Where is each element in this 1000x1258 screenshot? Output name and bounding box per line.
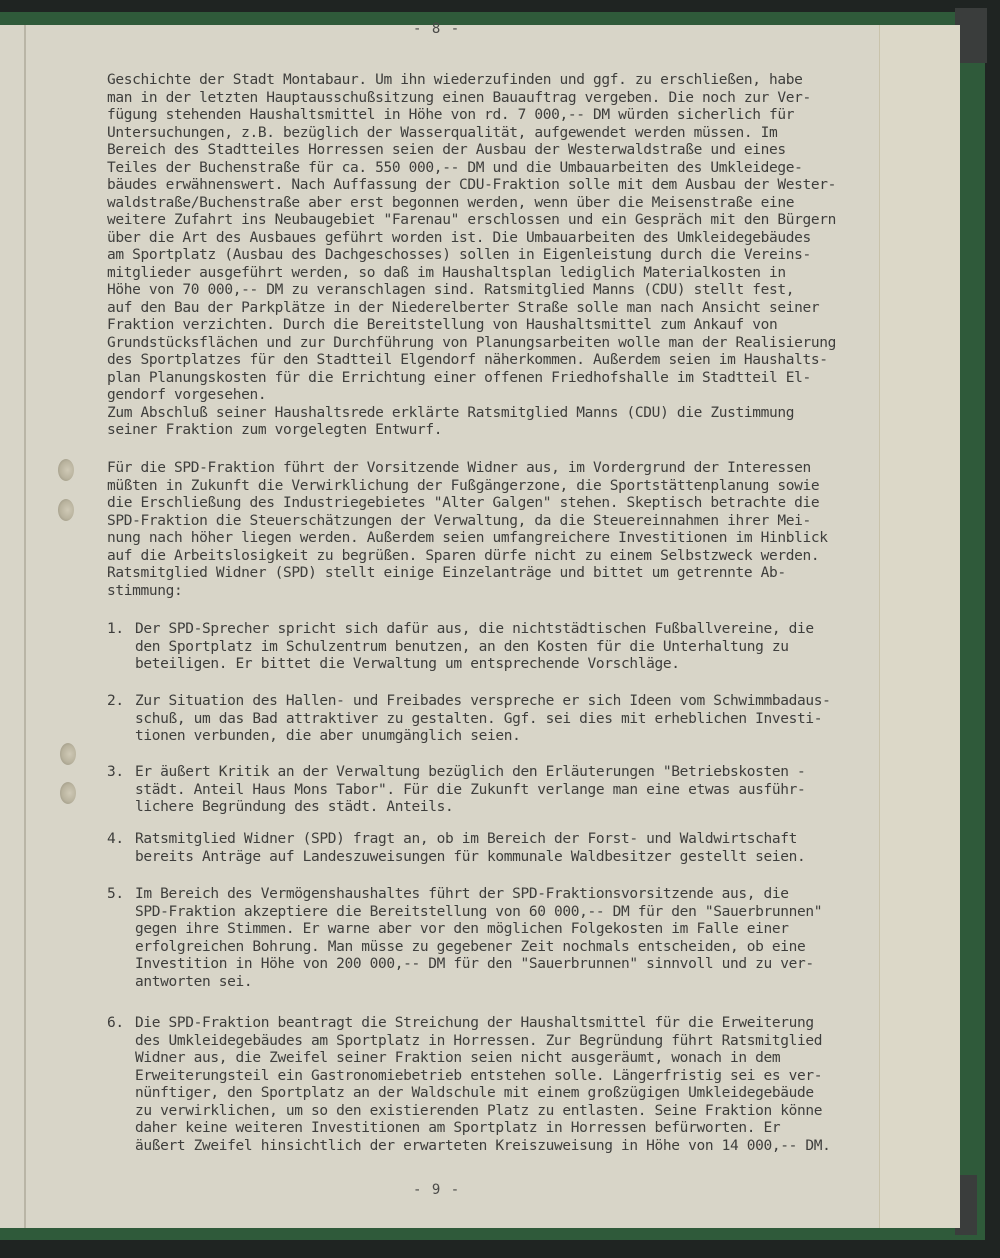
paragraph-spd-speech: Für die SPD-Fraktion führt der Vorsitzen… (107, 460, 877, 600)
list-item-number: 5. (107, 886, 124, 904)
punch-hole-icon (60, 743, 76, 765)
list-item-number: 1. (107, 621, 124, 639)
page-fold-line (24, 25, 26, 1228)
paragraph-cdu-speech: Geschichte der Stadt Montabaur. Um ihn w… (107, 72, 877, 440)
list-item-text: Im Bereich des Vermögenshaushaltes führt… (135, 886, 822, 991)
document-page: - 8 - Geschichte der Stadt Montabaur. Um… (0, 25, 880, 1228)
list-item-text: Er äußert Kritik an der Verwaltung bezüg… (135, 764, 805, 817)
list-item-text: Der SPD-Sprecher spricht sich dafür aus,… (135, 621, 814, 674)
list-item-number: 2. (107, 693, 124, 711)
list-item-text: Die SPD-Fraktion beantragt die Streichun… (135, 1015, 831, 1155)
punch-hole-icon (58, 459, 74, 481)
top-page-number: - 8 - (413, 21, 460, 37)
list-item-number: 6. (107, 1015, 124, 1033)
list-item-text: Ratsmitglied Widner (SPD) fragt an, ob i… (135, 831, 805, 866)
bottom-page-number: - 9 - (413, 1182, 460, 1198)
list-item-text: Zur Situation des Hallen- und Freibades … (135, 693, 831, 746)
punch-hole-icon (60, 782, 76, 804)
punch-hole-icon (58, 499, 74, 521)
underlying-page-edge (878, 25, 960, 1228)
list-item-number: 4. (107, 831, 124, 849)
list-item-number: 3. (107, 764, 124, 782)
